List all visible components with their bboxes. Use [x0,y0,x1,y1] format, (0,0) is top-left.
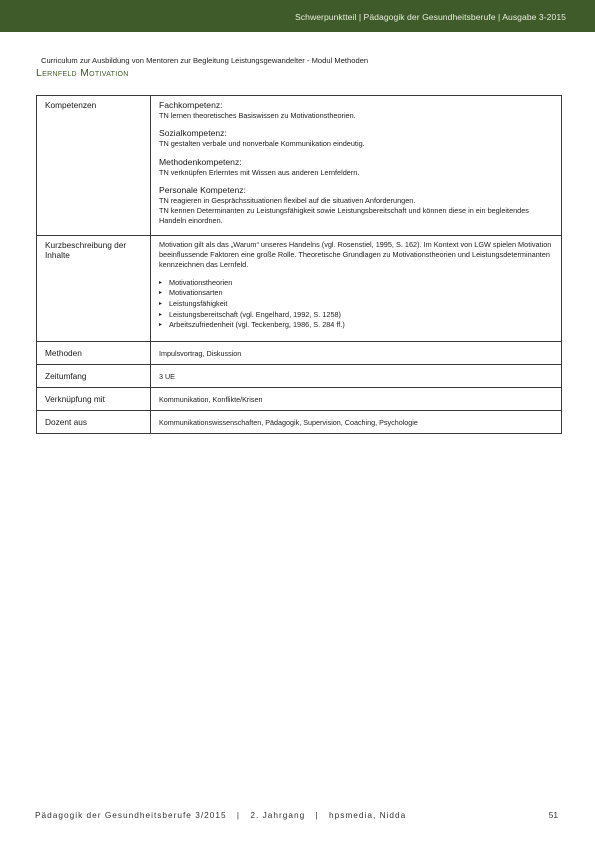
comp-block-personal: Personale Kompetenz: TN reagieren in Ges… [159,185,555,227]
comp-block-methoden: Methodenkompetenz: TN verknüpfen Erlernt… [159,157,555,178]
document-subtitle: Curriculum zur Ausbildung von Mentoren z… [41,56,368,65]
footer: Pädagogik der Gesundheitsberufe 3/2015 |… [35,810,560,820]
triangle-bullet-icon: ▸ [159,320,162,331]
row-value: 3 UE [151,365,562,388]
list-item: ▸Motivationstheorien [159,278,555,289]
comp-text: TN gestalten verbale und nonverbale Komm… [159,139,555,149]
table-row-kompetenzen: Kompetenzen Fachkompetenz: TN lernen the… [37,96,562,236]
row-label: Verknüpfung mit [37,388,151,411]
comp-title: Methodenkompetenz: [159,157,555,168]
list-item: ▸Leistungsfähigkeit [159,299,555,310]
kompetenzen-content: Fachkompetenz: TN lernen theoretisches B… [151,96,562,236]
triangle-bullet-icon: ▸ [159,278,162,289]
row-label: Kompetenzen [37,96,151,236]
comp-text: TN kennen Determinanten zu Leistungsfähi… [159,206,555,227]
triangle-bullet-icon: ▸ [159,299,162,310]
row-value: Impulsvortrag, Diskussion [151,342,562,365]
table-row-verknuepfung: Verknüpfung mit Kommunikation, Konflikte… [37,388,562,411]
comp-text: TN reagieren in Gesprächssituationen fle… [159,196,555,206]
list-item: ▸Motivationsarten [159,288,555,299]
footer-publisher: hpsmedia, Nidda [329,810,406,820]
section-title: Lernfeld Motivation [36,67,129,79]
comp-text: TN verknüpfen Erlerntes mit Wissen aus a… [159,168,555,178]
comp-title: Personale Kompetenz: [159,185,555,196]
list-item: ▸Arbeitszufriedenheit (vgl. Teckenberg, … [159,320,555,331]
row-label: Kurzbeschreibung der Inhalte [37,235,151,341]
module-table: Kompetenzen Fachkompetenz: TN lernen the… [36,95,562,434]
topic-list: ▸Motivationstheorien ▸Motivationsarten ▸… [159,278,555,332]
comp-title: Sozialkompetenz: [159,128,555,139]
triangle-bullet-icon: ▸ [159,288,162,299]
footer-separator: | [237,810,240,820]
comp-block-fach: Fachkompetenz: TN lernen theoretisches B… [159,100,555,121]
running-title: Schwerpunktteil | Pädagogik der Gesundhe… [295,12,566,22]
header-bar: Schwerpunktteil | Pädagogik der Gesundhe… [0,0,595,32]
row-label: Zeitumfang [37,365,151,388]
kurzbeschreibung-content: Motivation gilt als das „Warum“ unseres … [151,235,562,341]
comp-block-sozial: Sozialkompetenz: TN gestalten verbale un… [159,128,555,149]
comp-text: TN lernen theoretisches Basiswissen zu M… [159,111,555,121]
page-number: 51 [549,810,558,820]
comp-title: Fachkompetenz: [159,100,555,111]
table-row-methoden: Methoden Impulsvortrag, Diskussion [37,342,562,365]
table-row-kurzbeschreibung: Kurzbeschreibung der Inhalte Motivation … [37,235,562,341]
row-value: Kommunikation, Konflikte/Krisen [151,388,562,411]
list-item: ▸Leistungsbereitschaft (vgl. Engelhard, … [159,310,555,321]
row-label: Methoden [37,342,151,365]
row-label: Dozent aus [37,411,151,434]
triangle-bullet-icon: ▸ [159,310,162,321]
row-value: Kommunikationswissenschaften, Pädagogik,… [151,411,562,434]
footer-journal: Pädagogik der Gesundheitsberufe 3/2015 [35,810,227,820]
table-row-zeitumfang: Zeitumfang 3 UE [37,365,562,388]
intro-text: Motivation gilt als das „Warum“ unseres … [159,240,555,271]
footer-separator: | [316,810,319,820]
footer-volume: 2. Jahrgang [250,810,305,820]
table-row-dozent: Dozent aus Kommunikationswissenschaften,… [37,411,562,434]
